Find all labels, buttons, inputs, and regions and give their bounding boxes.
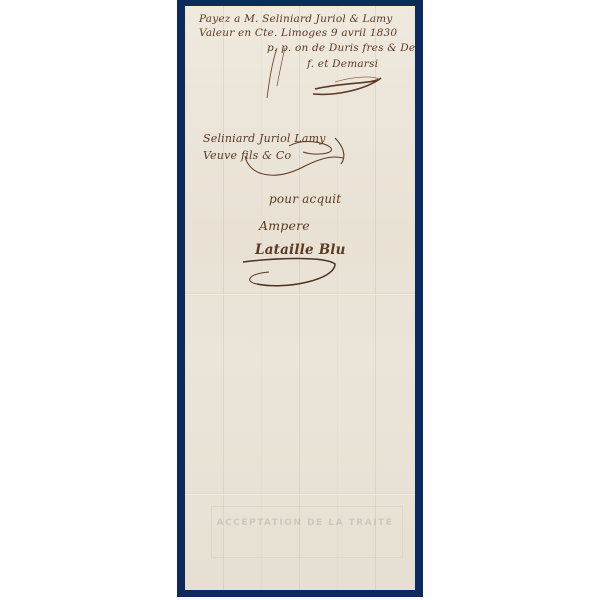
fold-line-lower <box>185 493 415 496</box>
faded-print-area <box>211 506 403 558</box>
faded-print-text: ACCEPTATION DE LA TRAITE <box>215 518 395 528</box>
document-sheet: Payez a M. Seliniard Juriol & Lamy Valeu… <box>185 6 415 590</box>
signature-flourishes <box>185 6 415 306</box>
